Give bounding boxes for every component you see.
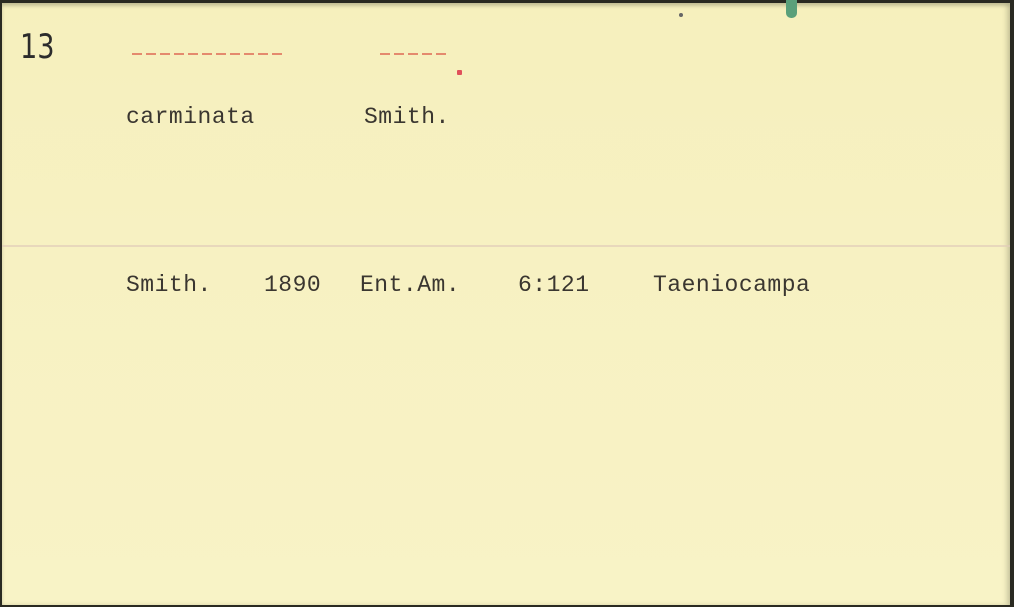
citation-genus: Taeniocampa <box>653 272 810 298</box>
citation-year: 1890 <box>264 272 321 298</box>
green-tab-marker <box>786 0 797 18</box>
card-number: 13 <box>20 27 55 67</box>
red-strike-line <box>132 53 282 55</box>
citation-author: Smith. <box>126 272 212 298</box>
citation-volume-page: 6:121 <box>518 272 590 298</box>
red-mark <box>457 70 462 75</box>
species-author: Smith. <box>364 104 450 130</box>
species-name: carminata <box>126 104 255 130</box>
red-strike-line <box>380 53 448 55</box>
citation-journal: Ent.Am. <box>360 272 460 298</box>
card-rule <box>2 245 1010 247</box>
index-card: 13 carminata Smith. Smith. 1890 Ent.Am. … <box>2 3 1010 605</box>
speck <box>679 13 683 17</box>
